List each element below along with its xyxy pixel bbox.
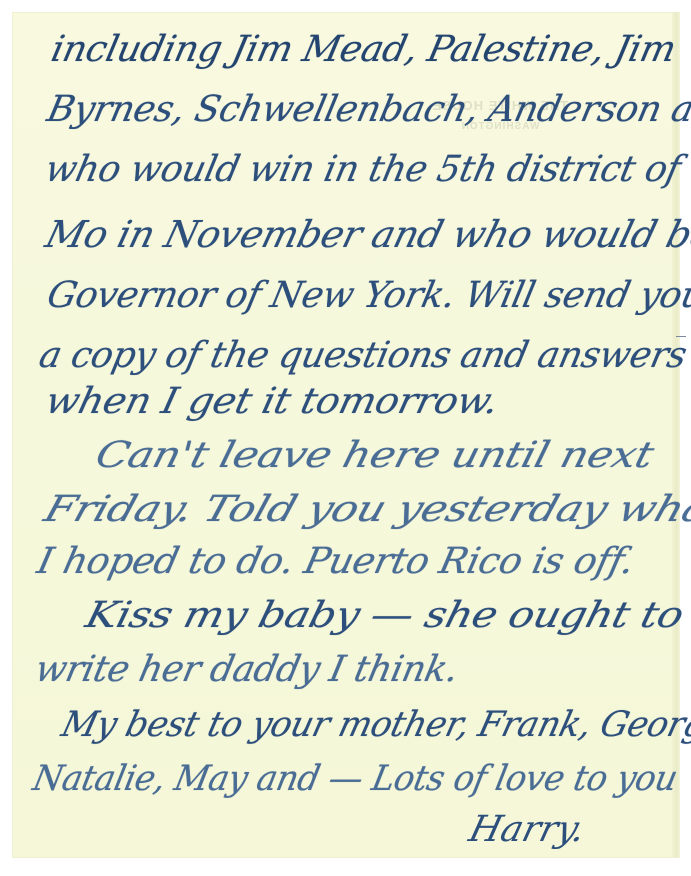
handwritten-body: including Jim Mead, Palestine, Jim Byrne… — [12, 12, 680, 858]
signature: Harry. — [466, 812, 589, 848]
letter-line-2: Byrnes, Schwellenbach, Anderson and — [44, 92, 691, 128]
letter-line-8: Can't leave here until next — [92, 438, 657, 474]
letter-line-12: write her daddy I think. — [32, 652, 461, 688]
letter-line-5: Governor of New York. Will send you — [44, 278, 691, 314]
letter-page: THE WHITE HOUSE WASHINGTON including Jim… — [12, 12, 680, 858]
letter-line-11: Kiss my baby — she ought to — [82, 598, 687, 634]
letter-line-3: who would win in the 5th district of — [42, 152, 683, 188]
letter-line-9: Friday. Told you yesterday what — [40, 492, 691, 528]
letter-line-14: Natalie, May and — Lots of love to you — [30, 762, 680, 797]
letter-line-6: a copy of the questions and answers — [36, 338, 689, 374]
letter-line-13: My best to your mother, Frank, George — [58, 708, 691, 743]
letter-line-1: including Jim Mead, Palestine, Jim — [48, 32, 679, 68]
letter-line-10: I hoped to do. Puerto Rico is off. — [34, 544, 637, 580]
letter-line-7: when I get it tomorrow. — [42, 384, 502, 420]
letter-line-4: Mo in November and who would be — [42, 216, 691, 253]
